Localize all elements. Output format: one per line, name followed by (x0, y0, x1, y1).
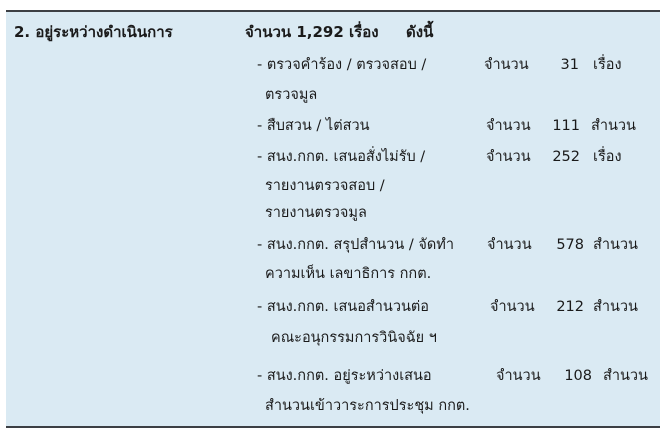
item-unit: สำนวน (593, 297, 638, 317)
item-text-line: - สนง.กกต. เสนอสั่งไม่รับ / (257, 147, 425, 167)
item-text-line: - สนง.กกต. สรุปสำนวน / จัดทำ (257, 235, 454, 255)
item-text-line: - สนง.กกต. อยู่ระหว่างเสนอ (257, 366, 432, 386)
item-unit: เรื่อง (593, 55, 622, 75)
item-count: 31 (543, 55, 579, 75)
item-count-label: จำนวน (486, 147, 531, 167)
item-count-label: จำนวน (490, 297, 535, 317)
item-unit: สำนวน (591, 116, 636, 136)
item-unit: สำนวน (603, 366, 648, 386)
item-text-line: ตรวจมูล (265, 85, 317, 105)
item-text-line: - สืบสวน / ไต่สวน (257, 116, 370, 136)
item-count-label: จำนวน (487, 235, 532, 255)
section-summary: จำนวน 1,292 เรื่อง (245, 22, 379, 42)
item-count: 111 (544, 116, 580, 136)
item-text-line: สำนวนเข้าวาระการประชุม กกต. (265, 396, 470, 416)
item-count-label: จำนวน (486, 116, 531, 136)
item-count: 252 (544, 147, 580, 167)
item-count-label: จำนวน (484, 55, 529, 75)
item-unit: เรื่อง (593, 147, 622, 167)
item-unit: สำนวน (593, 235, 638, 255)
item-text-line: - สนง.กกต. เสนอสำนวนต่อ (257, 297, 429, 317)
section-title: 2. อยู่ระหว่างดำเนินการ (14, 22, 173, 42)
item-text-line: - ตรวจคำร้อง / ตรวจสอบ / (257, 55, 426, 75)
item-text-line: คณะอนุกรรมการวินิจฉัย ฯ (271, 328, 437, 348)
section-summary-suffix: ดังนี้ (406, 22, 433, 42)
item-text-line: ความเห็น เลขาธิการ กกต. (265, 264, 431, 284)
item-text-line: รายงานตรวจมูล (265, 203, 367, 223)
item-count: 578 (548, 235, 584, 255)
item-count: 108 (556, 366, 592, 386)
item-text-line: รายงานตรวจสอบ / (265, 176, 385, 196)
item-count: 212 (548, 297, 584, 317)
item-count-label: จำนวน (496, 366, 541, 386)
